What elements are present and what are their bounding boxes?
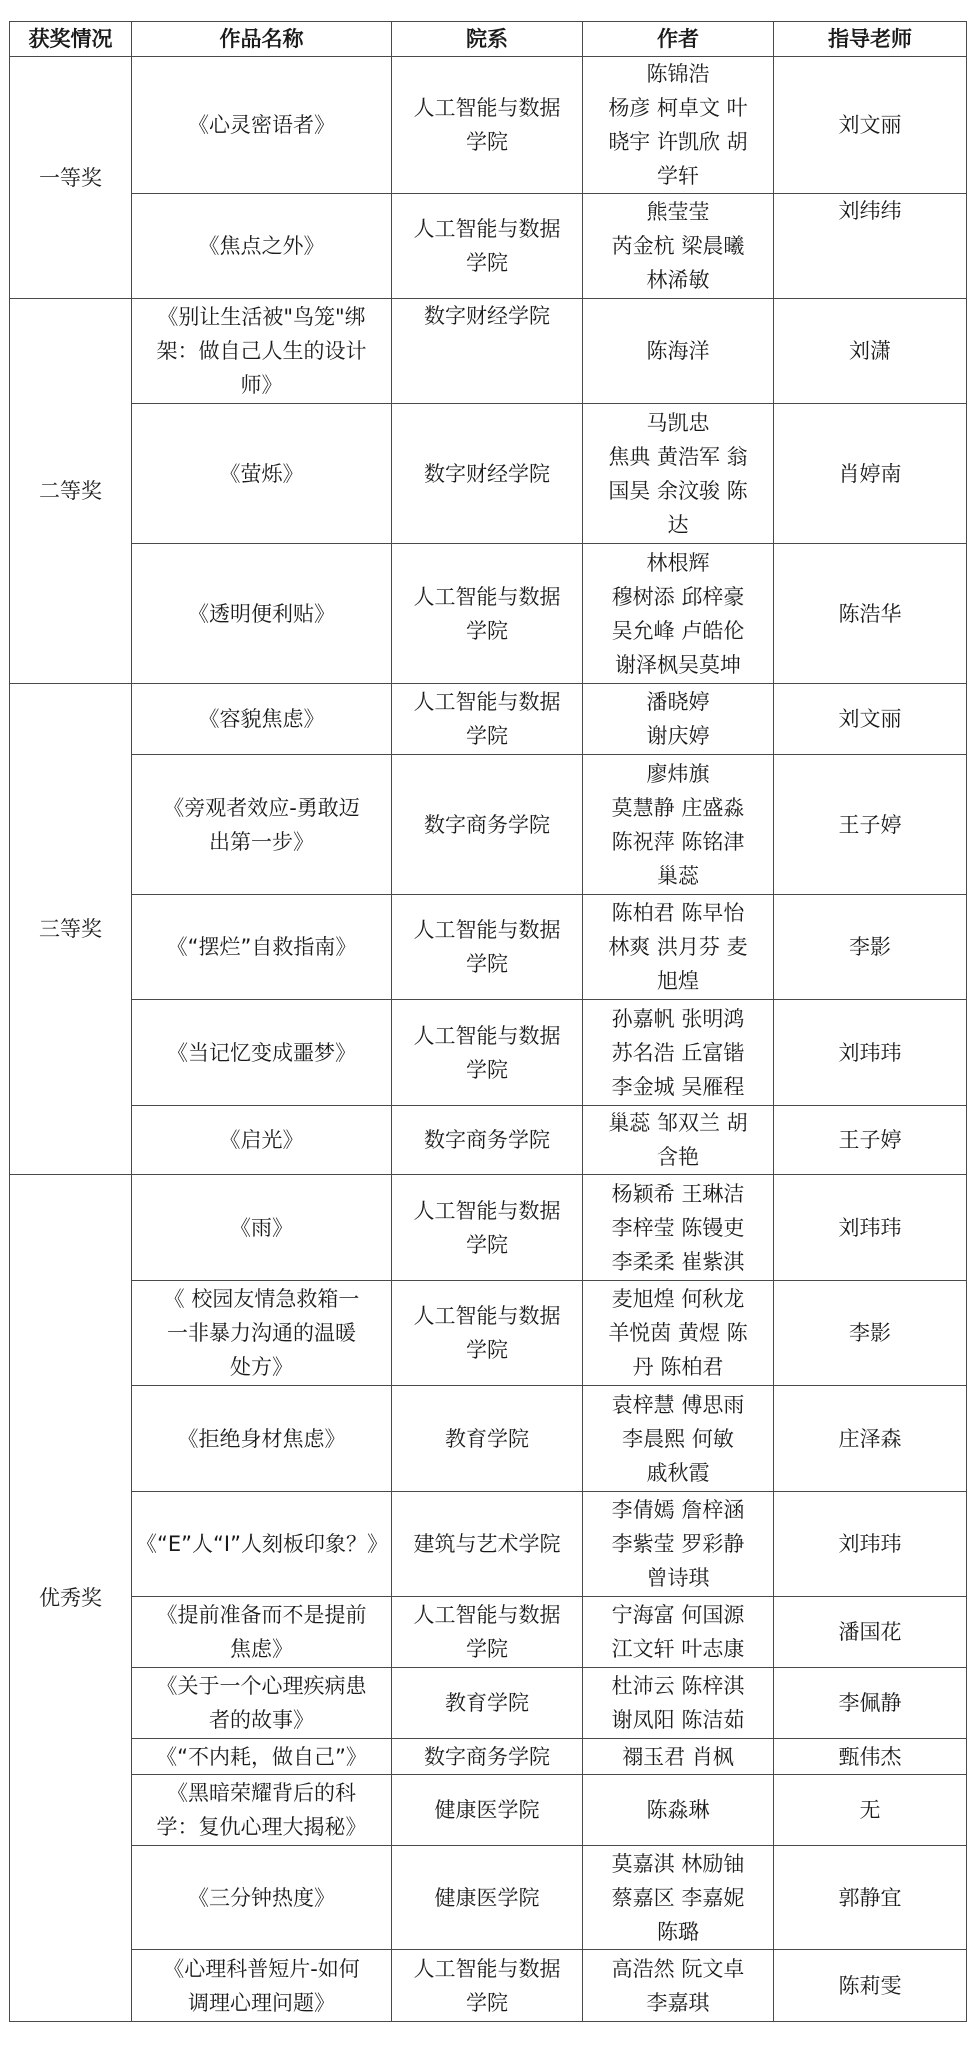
authors-cell: 李倩嫣 詹梓涵李紫莹 罗彩静曾诗琪 [583,1492,774,1597]
advisor-cell: 刘文丽 [774,684,967,755]
authors-cell-line: 旭煌 [587,964,769,998]
authors-cell-line: 芮金杭 梁晨曦 [587,229,769,263]
department-cell-line: 人工智能与数据 [396,1299,578,1333]
title-cell-line: 《心理科普短片-如何 [136,1952,387,1986]
title-cell: 《三分钟热度》 [132,1846,392,1950]
advisor-cell: 李影 [774,1281,967,1386]
authors-cell-line: 李晨熙 何敏 [587,1422,769,1456]
authors-cell-line: 焦典 黄浩军 翁 [587,440,769,474]
advisor-cell: 刘玮玮 [774,1492,967,1597]
table-row: 《透明便利贴》人工智能与数据学院林根辉穆树添 邱梓豪吴允峰 卢皓伦谢泽枫吴莫坤陈… [10,544,967,684]
table-row: 《“E”人“I”人刻板印象？》建筑与艺术学院李倩嫣 詹梓涵李紫莹 罗彩静曾诗琪刘… [10,1492,967,1597]
table-row: 《心理科普短片-如何调理心理问题》人工智能与数据学院高浩然 阮文卓李嘉琪陈莉雯 [10,1950,967,2022]
authors-cell-line: 林根辉 [587,546,769,580]
department-cell-line: 学院 [396,1053,578,1087]
award-level-cell: 优秀奖 [10,1175,132,2022]
advisor-cell: 刘文丽 [774,57,967,194]
title-cell: 《别让生活被"鸟笼"绑架：做自己人生的设计师》 [132,299,392,404]
title-cell: 《旁观者效应-勇敢迈出第一步》 [132,755,392,895]
authors-cell-line: 林爽 洪月芬 麦 [587,930,769,964]
authors-cell: 熊莹莹芮金杭 梁晨曦林浠敏 [583,194,774,299]
title-cell-line: 《容貌焦虑》 [136,702,387,736]
authors-cell-line: 丹 陈柏君 [587,1350,769,1384]
department-cell-line: 人工智能与数据 [396,580,578,614]
authors-cell-line: 陈锦浩 [587,57,769,91]
department-cell: 人工智能与数据学院 [392,1950,583,2022]
department-cell-line: 数字商务学院 [396,1740,578,1774]
advisor-cell: 刘玮玮 [774,1175,967,1281]
title-cell: 《萤烁》 [132,404,392,544]
department-cell: 数字财经学院 [392,299,583,404]
title-cell: 《焦点之外》 [132,194,392,299]
authors-cell: 陈锦浩杨彦 柯卓文 叶晓宇 许凯欣 胡学轩 [583,57,774,194]
authors-cell: 陈淼琳 [583,1775,774,1846]
authors-cell: 高浩然 阮文卓李嘉琪 [583,1950,774,2022]
title-cell-line: 《拒绝身材焦虑》 [136,1422,387,1456]
advisor-cell: 王子婷 [774,755,967,895]
department-cell: 数字商务学院 [392,1739,583,1775]
title-cell-line: 《提前准备而不是提前 [136,1598,387,1632]
title-cell: 《“E”人“I”人刻板印象？》 [132,1492,392,1597]
table-row: 《黑暗荣耀背后的科学：复仇心理大揭秘》健康医学院陈淼琳无 [10,1775,967,1846]
advisor-cell: 李佩静 [774,1668,967,1739]
authors-cell-line: 谢凤阳 陈洁茹 [587,1703,769,1737]
department-cell-line: 学院 [396,719,578,753]
title-cell: 《 校园友情急救箱一一非暴力沟通的温暖处方》 [132,1281,392,1386]
department-cell-line: 人工智能与数据 [396,685,578,719]
department-cell-line: 学院 [396,1986,578,2020]
authors-cell-line: 陈淼琳 [587,1793,769,1827]
authors-cell-line: 陈祝萍 陈铭津 [587,825,769,859]
title-cell-line: 《三分钟热度》 [136,1881,387,1915]
authors-cell-line: 戚秋霞 [587,1456,769,1490]
title-cell: 《“不内耗，做自己”》 [132,1739,392,1775]
department-cell-line: 人工智能与数据 [396,913,578,947]
title-cell-line: 一非暴力沟通的温暖 [136,1316,387,1350]
department-cell: 数字商务学院 [392,1106,583,1175]
table-row: 《关于一个心理疾病患者的故事》教育学院杜沛云 陈梓淇谢凤阳 陈洁茹李佩静 [10,1668,967,1739]
authors-cell-line: 袁梓慧 傅思雨 [587,1388,769,1422]
advisor-cell: 甄伟杰 [774,1739,967,1775]
advisor-cell: 潘国花 [774,1597,967,1668]
header-department: 院系 [392,22,583,57]
title-cell-line: 焦虑》 [136,1632,387,1666]
authors-cell: 麦旭煌 何秋龙羊悦茵 黄煜 陈丹 陈柏君 [583,1281,774,1386]
title-cell: 《启光》 [132,1106,392,1175]
title-cell-line: 《“不内耗，做自己”》 [136,1740,387,1774]
authors-cell: 禤玉君 肖枫 [583,1739,774,1775]
title-cell-line: 者的故事》 [136,1703,387,1737]
authors-cell-line: 宁海富 何国源 [587,1598,769,1632]
table-row: 二等奖《别让生活被"鸟笼"绑架：做自己人生的设计师》数字财经学院陈海洋刘潇 [10,299,967,404]
table-row: 《当记忆变成噩梦》人工智能与数据学院孙嘉帆 张明鸿苏名浩 丘富锴李金城 吴雁程刘… [10,1000,967,1106]
table-row: 一等奖《心灵密语者》人工智能与数据学院陈锦浩杨彦 柯卓文 叶晓宇 许凯欣 胡学轩… [10,57,967,194]
title-cell: 《拒绝身材焦虑》 [132,1386,392,1492]
advisor-cell: 李影 [774,895,967,1000]
authors-cell-line: 蔡嘉区 李嘉妮 [587,1881,769,1915]
title-cell-line: 架：做自己人生的设计 [136,334,387,368]
department-cell: 人工智能与数据学院 [392,684,583,755]
department-cell: 教育学院 [392,1386,583,1492]
authors-cell-line: 达 [587,508,769,542]
table-row: 《提前准备而不是提前焦虑》人工智能与数据学院宁海富 何国源江文轩 叶志康潘国花 [10,1597,967,1668]
award-level-cell: 一等奖 [10,57,132,299]
authors-cell-line: 含艳 [587,1140,769,1174]
title-cell: 《黑暗荣耀背后的科学：复仇心理大揭秘》 [132,1775,392,1846]
authors-cell: 潘晓婷谢庆婷 [583,684,774,755]
department-cell-line: 教育学院 [396,1422,578,1456]
authors-cell-line: 谢泽枫吴莫坤 [587,648,769,682]
advisor-cell: 王子婷 [774,1106,967,1175]
authors-cell-line: 李嘉琪 [587,1986,769,2020]
authors-cell-line: 杜沛云 陈梓淇 [587,1669,769,1703]
authors-cell-line: 曾诗琪 [587,1561,769,1595]
department-cell-line: 学院 [396,125,578,159]
authors-cell-line: 高浩然 阮文卓 [587,1952,769,1986]
authors-cell-line: 李梓莹 陈镘吏 [587,1211,769,1245]
title-cell-line: 《黑暗荣耀背后的科 [136,1776,387,1810]
authors-cell-line: 熊莹莹 [587,195,769,229]
title-cell-line: 《雨》 [136,1211,387,1245]
header-title: 作品名称 [132,22,392,57]
title-cell-line: 《“摆烂”自救指南》 [136,930,387,964]
department-cell-line: 人工智能与数据 [396,1194,578,1228]
department-cell-line: 数字商务学院 [396,808,578,842]
table-row: 三等奖《容貌焦虑》人工智能与数据学院潘晓婷谢庆婷刘文丽 [10,684,967,755]
authors-cell-line: 禤玉君 肖枫 [587,1740,769,1774]
authors-cell-line: 麦旭煌 何秋龙 [587,1282,769,1316]
award-level-cell: 二等奖 [10,299,132,684]
department-cell-line: 学院 [396,1333,578,1367]
authors-cell-line: 穆树添 邱梓豪 [587,580,769,614]
authors-cell-line: 学轩 [587,159,769,193]
table-row: 《拒绝身材焦虑》教育学院袁梓慧 傅思雨李晨熙 何敏戚秋霞庄泽森 [10,1386,967,1492]
title-cell: 《关于一个心理疾病患者的故事》 [132,1668,392,1739]
title-cell-line: 《 校园友情急救箱一 [136,1282,387,1316]
department-cell-line: 建筑与艺术学院 [396,1527,578,1561]
title-cell: 《透明便利贴》 [132,544,392,684]
table-row: 《“不内耗，做自己”》数字商务学院禤玉君 肖枫甄伟杰 [10,1739,967,1775]
authors-cell: 莫嘉淇 林励铀蔡嘉区 李嘉妮陈璐 [583,1846,774,1950]
table-row: 《旁观者效应-勇敢迈出第一步》数字商务学院廖炜旗莫慧静 庄盛淼陈祝萍 陈铭津巢蕊… [10,755,967,895]
title-cell-line: 《关于一个心理疾病患 [136,1669,387,1703]
title-cell-line: 《启光》 [136,1123,387,1157]
title-cell-line: 《心灵密语者》 [136,108,387,142]
title-cell-line: 《透明便利贴》 [136,597,387,631]
title-cell-line: 学：复仇心理大揭秘》 [136,1810,387,1844]
authors-cell-line: 巢蕊 [587,859,769,893]
title-cell-line: 《“E”人“I”人刻板印象？》 [136,1527,387,1561]
authors-cell-line: 吴允峰 卢皓伦 [587,614,769,648]
department-cell: 教育学院 [392,1668,583,1739]
department-cell: 数字财经学院 [392,404,583,544]
title-cell-line: 出第一步》 [136,825,387,859]
authors-cell-line: 国昊 余汶骏 陈 [587,474,769,508]
authors-cell-line: 晓宇 许凯欣 胡 [587,125,769,159]
authors-cell: 袁梓慧 傅思雨李晨熙 何敏戚秋霞 [583,1386,774,1492]
department-cell: 人工智能与数据学院 [392,1000,583,1106]
authors-cell-line: 莫嘉淇 林励铀 [587,1847,769,1881]
table-row: 《启光》数字商务学院巢蕊 邹双兰 胡含艳王子婷 [10,1106,967,1175]
authors-cell-line: 江文轩 叶志康 [587,1632,769,1666]
department-cell: 人工智能与数据学院 [392,544,583,684]
authors-cell-line: 苏名浩 丘富锴 [587,1036,769,1070]
title-cell-line: 调理心理问题》 [136,1986,387,2020]
department-cell: 健康医学院 [392,1846,583,1950]
department-cell-line: 教育学院 [396,1686,578,1720]
department-cell: 人工智能与数据学院 [392,1175,583,1281]
awards-table: 获奖情况 作品名称 院系 作者 指导老师 一等奖《心灵密语者》人工智能与数据学院… [9,21,967,2022]
department-cell-line: 健康医学院 [396,1793,578,1827]
authors-cell-line: 陈海洋 [587,334,769,368]
authors-cell-line: 李倩嫣 詹梓涵 [587,1493,769,1527]
authors-cell-line: 李紫莹 罗彩静 [587,1527,769,1561]
department-cell: 健康医学院 [392,1775,583,1846]
authors-cell-line: 杨彦 柯卓文 叶 [587,91,769,125]
title-cell-line: 处方》 [136,1350,387,1384]
department-cell-line: 人工智能与数据 [396,1952,578,1986]
department-cell: 人工智能与数据学院 [392,1597,583,1668]
title-cell: 《容貌焦虑》 [132,684,392,755]
department-cell-line: 人工智能与数据 [396,212,578,246]
authors-cell: 廖炜旗莫慧静 庄盛淼陈祝萍 陈铭津巢蕊 [583,755,774,895]
title-cell: 《提前准备而不是提前焦虑》 [132,1597,392,1668]
department-cell-line: 人工智能与数据 [396,1598,578,1632]
header-award: 获奖情况 [10,22,132,57]
authors-cell: 巢蕊 邹双兰 胡含艳 [583,1106,774,1175]
table-row: 优秀奖《雨》人工智能与数据学院杨颖希 王琳洁李梓莹 陈镘吏李柔柔 崔紫淇刘玮玮 [10,1175,967,1281]
advisor-cell: 陈莉雯 [774,1950,967,2022]
title-cell-line: 《旁观者效应-勇敢迈 [136,791,387,825]
department-cell-line: 学院 [396,246,578,280]
department-cell: 人工智能与数据学院 [392,57,583,194]
title-cell-line: 师》 [136,368,387,402]
title-cell-line: 《焦点之外》 [136,229,387,263]
advisor-cell: 肖婷南 [774,404,967,544]
title-cell-line: 《别让生活被"鸟笼"绑 [136,300,387,334]
table-row: 《萤烁》数字财经学院马凯忠焦典 黄浩军 翁国昊 余汶骏 陈达肖婷南 [10,404,967,544]
authors-cell-line: 马凯忠 [587,406,769,440]
department-cell-line: 学院 [396,1632,578,1666]
authors-cell-line: 李金城 吴雁程 [587,1070,769,1104]
department-cell-line: 数字财经学院 [396,457,578,491]
department-cell: 人工智能与数据学院 [392,194,583,299]
authors-cell: 孙嘉帆 张明鸿苏名浩 丘富锴李金城 吴雁程 [583,1000,774,1106]
title-cell: 《雨》 [132,1175,392,1281]
department-cell-line: 学院 [396,614,578,648]
authors-cell-line: 潘晓婷 [587,685,769,719]
department-cell-line: 健康医学院 [396,1881,578,1915]
table-row: 《三分钟热度》健康医学院莫嘉淇 林励铀蔡嘉区 李嘉妮陈璐郭静宜 [10,1846,967,1950]
title-cell: 《心理科普短片-如何调理心理问题》 [132,1950,392,2022]
header-row: 获奖情况 作品名称 院系 作者 指导老师 [10,22,967,57]
department-cell-line: 数字财经学院 [396,299,578,333]
advisor-cell: 刘玮玮 [774,1000,967,1106]
table-row: 《 校园友情急救箱一一非暴力沟通的温暖处方》人工智能与数据学院麦旭煌 何秋龙羊悦… [10,1281,967,1386]
department-cell-line: 学院 [396,1228,578,1262]
authors-cell: 陈海洋 [583,299,774,404]
title-cell: 《心灵密语者》 [132,57,392,194]
authors-cell-line: 莫慧静 庄盛淼 [587,791,769,825]
authors-cell: 杨颖希 王琳洁李梓莹 陈镘吏李柔柔 崔紫淇 [583,1175,774,1281]
department-cell: 建筑与艺术学院 [392,1492,583,1597]
header-authors: 作者 [583,22,774,57]
advisor-cell: 庄泽森 [774,1386,967,1492]
table-row: 《焦点之外》人工智能与数据学院熊莹莹芮金杭 梁晨曦林浠敏刘纬纬 [10,194,967,299]
advisor-cell: 陈浩华 [774,544,967,684]
department-cell: 人工智能与数据学院 [392,1281,583,1386]
advisor-cell: 郭静宜 [774,1846,967,1950]
authors-cell-line: 李柔柔 崔紫淇 [587,1245,769,1279]
authors-cell-line: 陈璐 [587,1915,769,1949]
authors-cell-line: 羊悦茵 黄煜 陈 [587,1316,769,1350]
table-row: 《“摆烂”自救指南》人工智能与数据学院陈柏君 陈早怡林爽 洪月芬 麦旭煌李影 [10,895,967,1000]
advisor-cell: 无 [774,1775,967,1846]
authors-cell: 林根辉穆树添 邱梓豪吴允峰 卢皓伦谢泽枫吴莫坤 [583,544,774,684]
department-cell: 数字商务学院 [392,755,583,895]
authors-cell-line: 廖炜旗 [587,757,769,791]
header-advisor: 指导老师 [774,22,967,57]
department-cell: 人工智能与数据学院 [392,895,583,1000]
department-cell-line: 数字商务学院 [396,1123,578,1157]
authors-cell: 陈柏君 陈早怡林爽 洪月芬 麦旭煌 [583,895,774,1000]
title-cell-line: 《萤烁》 [136,457,387,491]
authors-cell-line: 孙嘉帆 张明鸿 [587,1002,769,1036]
department-cell-line: 学院 [396,947,578,981]
authors-cell-line: 林浠敏 [587,263,769,297]
authors-cell-line: 陈柏君 陈早怡 [587,896,769,930]
authors-cell: 杜沛云 陈梓淇谢凤阳 陈洁茹 [583,1668,774,1739]
advisor-cell: 刘纬纬 [774,194,967,299]
title-cell-line: 《当记忆变成噩梦》 [136,1036,387,1070]
authors-cell-line: 杨颖希 王琳洁 [587,1177,769,1211]
table-body: 一等奖《心灵密语者》人工智能与数据学院陈锦浩杨彦 柯卓文 叶晓宇 许凯欣 胡学轩… [10,57,967,2022]
authors-cell: 马凯忠焦典 黄浩军 翁国昊 余汶骏 陈达 [583,404,774,544]
department-cell-line: 人工智能与数据 [396,91,578,125]
department-cell-line: 人工智能与数据 [396,1019,578,1053]
advisor-cell: 刘潇 [774,299,967,404]
title-cell: 《当记忆变成噩梦》 [132,1000,392,1106]
authors-cell-line: 巢蕊 邹双兰 胡 [587,1106,769,1140]
title-cell: 《“摆烂”自救指南》 [132,895,392,1000]
authors-cell-line: 谢庆婷 [587,719,769,753]
authors-cell: 宁海富 何国源江文轩 叶志康 [583,1597,774,1668]
award-level-cell: 三等奖 [10,684,132,1175]
